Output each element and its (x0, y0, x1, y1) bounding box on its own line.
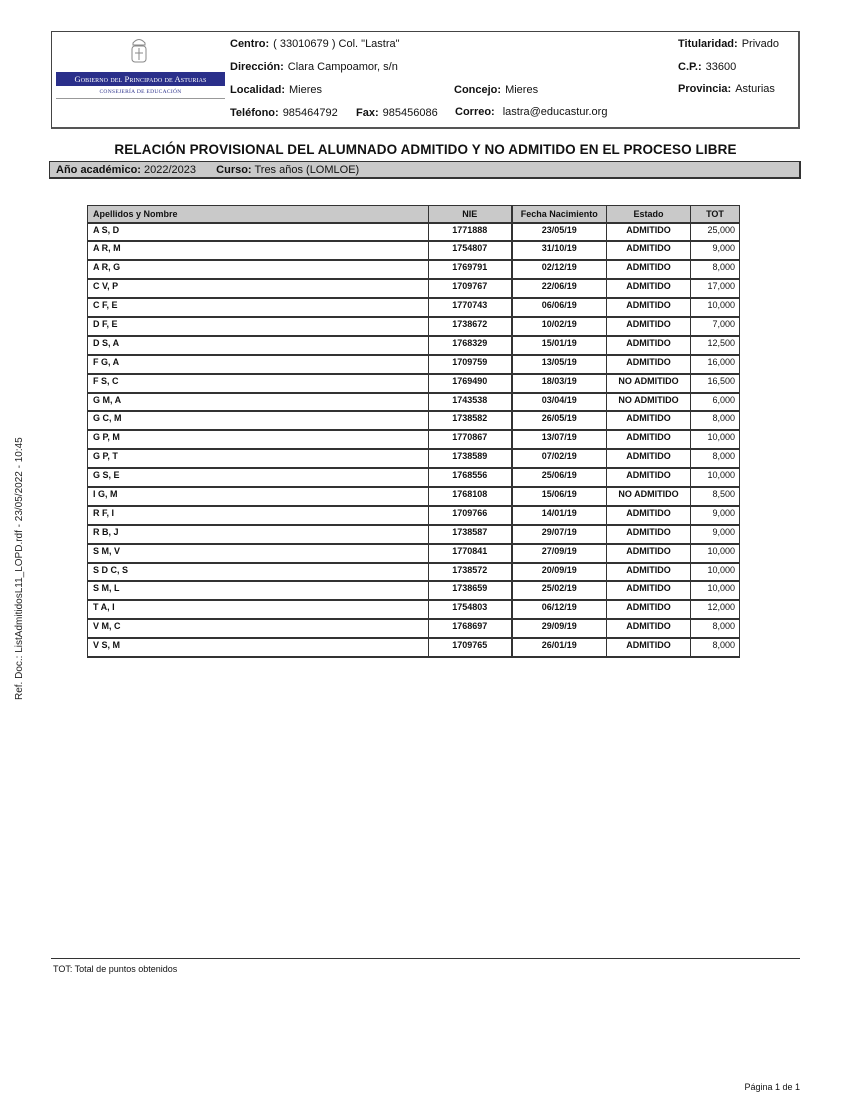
student-status: ADMITIDO (607, 241, 691, 260)
student-status: ADMITIDO (607, 581, 691, 600)
table-row: G M, A174353803/04/19NO ADMITIDO6,000 (88, 393, 740, 412)
student-status: ADMITIDO (607, 430, 691, 449)
student-nie: 1738672 (429, 317, 512, 336)
school-info-header: Gobierno del Principado de Asturias CONS… (51, 31, 800, 129)
student-status: ADMITIDO (607, 468, 691, 487)
student-status: ADMITIDO (607, 336, 691, 355)
student-name: R F, I (88, 506, 429, 525)
student-birthdate: 27/09/19 (512, 544, 607, 563)
fax-value: 985456086 (383, 107, 438, 119)
table-row: F S, C176949018/03/19NO ADMITIDO16,500 (88, 374, 740, 393)
student-name: G P, T (88, 449, 429, 468)
student-birthdate: 15/01/19 (512, 336, 607, 355)
table-row: D S, A176832915/01/19ADMITIDO12,500 (88, 336, 740, 355)
cp-value: 33600 (706, 61, 737, 73)
student-name: R B, J (88, 525, 429, 544)
table-row: S D C, S173857220/09/19ADMITIDO10,000 (88, 563, 740, 582)
student-status: ADMITIDO (607, 563, 691, 582)
student-name: F S, C (88, 374, 429, 393)
student-birthdate: 29/09/19 (512, 619, 607, 638)
table-row: G P, M177086713/07/19ADMITIDO10,000 (88, 430, 740, 449)
table-row: G S, E176855625/06/19ADMITIDO10,000 (88, 468, 740, 487)
table-row: A S, D177188823/05/19ADMITIDO25,000 (88, 223, 740, 242)
student-birthdate: 25/02/19 (512, 581, 607, 600)
student-status: NO ADMITIDO (607, 393, 691, 412)
student-nie: 1738587 (429, 525, 512, 544)
student-birthdate: 13/07/19 (512, 430, 607, 449)
correo-label: Correo: (455, 106, 495, 118)
document-reference: Ref. Doc.: ListAdmitidosL11_LOPD.rdf - 2… (14, 437, 25, 700)
column-header-fecha: Fecha Nacimiento (512, 206, 607, 223)
student-birthdate: 29/07/19 (512, 525, 607, 544)
table-row: A R, M175480731/10/19ADMITIDO9,000 (88, 241, 740, 260)
student-birthdate: 06/12/19 (512, 600, 607, 619)
direccion-value: Clara Campoamor, s/n (288, 61, 398, 73)
student-status: NO ADMITIDO (607, 374, 691, 393)
page-number: Página 1 de 1 (744, 1082, 800, 1092)
student-points: 12,500 (691, 336, 740, 355)
telefono-value: 985464792 (283, 107, 338, 119)
student-points: 8,000 (691, 449, 740, 468)
student-status: ADMITIDO (607, 279, 691, 298)
student-birthdate: 26/05/19 (512, 411, 607, 430)
student-birthdate: 22/06/19 (512, 279, 607, 298)
student-birthdate: 25/06/19 (512, 468, 607, 487)
student-name: V M, C (88, 619, 429, 638)
centro-value: ( 33010679 ) Col. "Lastra" (273, 38, 399, 50)
student-status: ADMITIDO (607, 298, 691, 317)
student-status: ADMITIDO (607, 506, 691, 525)
concejo-label: Concejo: (454, 84, 501, 96)
student-nie: 1709765 (429, 638, 512, 657)
student-birthdate: 18/03/19 (512, 374, 607, 393)
student-nie: 1768556 (429, 468, 512, 487)
footnote: TOT: Total de puntos obtenidos (53, 964, 177, 974)
titularidad-value: Privado (742, 38, 779, 50)
titularidad-field: Titularidad:Privado (678, 38, 779, 50)
telefono-label: Teléfono: (230, 107, 279, 119)
student-nie: 1768108 (429, 487, 512, 506)
student-points: 8,000 (691, 411, 740, 430)
footer-divider (51, 958, 800, 959)
student-status: ADMITIDO (607, 449, 691, 468)
localidad-value: Mieres (289, 84, 322, 96)
column-header-name: Apellidos y Nombre (88, 206, 429, 223)
student-nie: 1769791 (429, 260, 512, 279)
student-points: 10,000 (691, 468, 740, 487)
student-points: 12,000 (691, 600, 740, 619)
cp-label: C.P.: (678, 61, 702, 73)
student-points: 17,000 (691, 279, 740, 298)
students-table: Apellidos y Nombre NIE Fecha Nacimiento … (87, 205, 740, 658)
student-status: NO ADMITIDO (607, 487, 691, 506)
direccion-label: Dirección: (230, 61, 284, 73)
student-name: D F, E (88, 317, 429, 336)
student-points: 10,000 (691, 581, 740, 600)
student-nie: 1754803 (429, 600, 512, 619)
student-status: ADMITIDO (607, 223, 691, 242)
curso-label: Curso: (216, 164, 251, 176)
centro-label: Centro: (230, 38, 269, 50)
student-name: A R, M (88, 241, 429, 260)
telefono-field: Teléfono:985464792 (230, 107, 338, 119)
student-nie: 1738582 (429, 411, 512, 430)
student-birthdate: 26/01/19 (512, 638, 607, 657)
student-points: 9,000 (691, 525, 740, 544)
student-status: ADMITIDO (607, 600, 691, 619)
student-points: 10,000 (691, 544, 740, 563)
table-row: S M, V177084127/09/19ADMITIDO10,000 (88, 544, 740, 563)
student-name: V S, M (88, 638, 429, 657)
student-name: C V, P (88, 279, 429, 298)
ano-label: Año académico: (56, 164, 141, 176)
student-points: 8,000 (691, 619, 740, 638)
table-row: F G, A170975913/05/19ADMITIDO16,000 (88, 355, 740, 374)
student-name: G M, A (88, 393, 429, 412)
provincia-value: Asturias (735, 83, 775, 95)
table-row: R B, J173858729/07/19ADMITIDO9,000 (88, 525, 740, 544)
table-row: D F, E173867210/02/19ADMITIDO7,000 (88, 317, 740, 336)
ano-value: 2022/2023 (144, 164, 196, 176)
student-nie: 1738659 (429, 581, 512, 600)
logo-sub-text: CONSEJERÍA DE EDUCACIÓN (56, 88, 225, 96)
table-row: R F, I170976614/01/19ADMITIDO9,000 (88, 506, 740, 525)
provincia-label: Provincia: (678, 83, 731, 95)
student-nie: 1770841 (429, 544, 512, 563)
student-birthdate: 10/02/19 (512, 317, 607, 336)
student-points: 16,500 (691, 374, 740, 393)
student-status: ADMITIDO (607, 525, 691, 544)
student-points: 10,000 (691, 430, 740, 449)
student-birthdate: 20/09/19 (512, 563, 607, 582)
student-birthdate: 07/02/19 (512, 449, 607, 468)
student-name: S M, L (88, 581, 429, 600)
column-header-nie: NIE (429, 206, 512, 223)
student-status: ADMITIDO (607, 411, 691, 430)
student-status: ADMITIDO (607, 317, 691, 336)
student-points: 8,000 (691, 260, 740, 279)
student-points: 8,000 (691, 638, 740, 657)
student-nie: 1709766 (429, 506, 512, 525)
student-nie: 1709759 (429, 355, 512, 374)
student-nie: 1738589 (429, 449, 512, 468)
student-birthdate: 06/06/19 (512, 298, 607, 317)
student-name: A S, D (88, 223, 429, 242)
student-nie: 1738572 (429, 563, 512, 582)
student-name: A R, G (88, 260, 429, 279)
concejo-value: Mieres (505, 84, 538, 96)
localidad-field: Localidad:Mieres (230, 84, 322, 96)
table-row: V S, M170976526/01/19ADMITIDO8,000 (88, 638, 740, 657)
table-row: A R, G176979102/12/19ADMITIDO8,000 (88, 260, 740, 279)
student-birthdate: 03/04/19 (512, 393, 607, 412)
correo-field: Correo:lastra@educastur.org (455, 106, 607, 118)
fax-label: Fax: (356, 107, 379, 119)
student-nie: 1754807 (429, 241, 512, 260)
correo-value: lastra@educastur.org (503, 106, 608, 118)
student-points: 9,000 (691, 506, 740, 525)
student-birthdate: 13/05/19 (512, 355, 607, 374)
student-name: D S, A (88, 336, 429, 355)
document-title: RELACIÓN PROVISIONAL DEL ALUMNADO ADMITI… (51, 142, 800, 157)
table-row: C V, P170976722/06/19ADMITIDO17,000 (88, 279, 740, 298)
localidad-label: Localidad: (230, 84, 285, 96)
logo-band-text: Gobierno del Principado de Asturias (56, 72, 225, 86)
student-birthdate: 14/01/19 (512, 506, 607, 525)
table-row: V M, C176869729/09/19ADMITIDO8,000 (88, 619, 740, 638)
provincia-field: Provincia:Asturias (678, 83, 775, 95)
table-row: C F, E177074306/06/19ADMITIDO10,000 (88, 298, 740, 317)
titularidad-label: Titularidad: (678, 38, 738, 50)
student-status: ADMITIDO (607, 260, 691, 279)
student-name: S D C, S (88, 563, 429, 582)
student-points: 8,500 (691, 487, 740, 506)
direccion-field: Dirección:Clara Campoamor, s/n (230, 61, 398, 73)
column-header-estado: Estado (607, 206, 691, 223)
student-status: ADMITIDO (607, 638, 691, 657)
cp-field: C.P.:33600 (678, 61, 736, 73)
student-name: T A, I (88, 600, 429, 619)
student-nie: 1768697 (429, 619, 512, 638)
table-row: T A, I175480306/12/19ADMITIDO12,000 (88, 600, 740, 619)
student-name: C F, E (88, 298, 429, 317)
centro-field: Centro:( 33010679 ) Col. "Lastra" (230, 38, 400, 50)
student-status: ADMITIDO (607, 619, 691, 638)
student-name: S M, V (88, 544, 429, 563)
table-row: G C, M173858226/05/19ADMITIDO8,000 (88, 411, 740, 430)
student-points: 10,000 (691, 298, 740, 317)
column-header-tot: TOT (691, 206, 740, 223)
student-name: G P, M (88, 430, 429, 449)
student-name: G S, E (88, 468, 429, 487)
student-points: 6,000 (691, 393, 740, 412)
course-info-bar: Año académico: 2022/2023 Curso: Tres año… (49, 161, 801, 179)
student-status: ADMITIDO (607, 355, 691, 374)
student-birthdate: 02/12/19 (512, 260, 607, 279)
student-status: ADMITIDO (607, 544, 691, 563)
table-row: G P, T173858907/02/19ADMITIDO8,000 (88, 449, 740, 468)
student-birthdate: 31/10/19 (512, 241, 607, 260)
student-points: 9,000 (691, 241, 740, 260)
student-nie: 1743538 (429, 393, 512, 412)
table-row: S M, L173865925/02/19ADMITIDO10,000 (88, 581, 740, 600)
student-nie: 1770743 (429, 298, 512, 317)
student-nie: 1771888 (429, 223, 512, 242)
student-nie: 1709767 (429, 279, 512, 298)
student-birthdate: 23/05/19 (512, 223, 607, 242)
student-points: 16,000 (691, 355, 740, 374)
curso-value: Tres años (LOMLOE) (254, 164, 359, 176)
logo-divider (56, 98, 225, 99)
asturias-crest-icon (128, 35, 150, 65)
student-points: 7,000 (691, 317, 740, 336)
concejo-field: Concejo:Mieres (454, 84, 538, 96)
student-nie: 1768329 (429, 336, 512, 355)
student-points: 10,000 (691, 563, 740, 582)
student-name: G C, M (88, 411, 429, 430)
table-header-row: Apellidos y Nombre NIE Fecha Nacimiento … (88, 206, 740, 223)
student-name: I G, M (88, 487, 429, 506)
government-logo: Gobierno del Principado de Asturias CONS… (52, 32, 227, 130)
student-nie: 1770867 (429, 430, 512, 449)
fax-field: Fax:985456086 (356, 107, 438, 119)
student-birthdate: 15/06/19 (512, 487, 607, 506)
student-name: F G, A (88, 355, 429, 374)
student-nie: 1769490 (429, 374, 512, 393)
student-points: 25,000 (691, 223, 740, 242)
table-row: I G, M176810815/06/19NO ADMITIDO8,500 (88, 487, 740, 506)
